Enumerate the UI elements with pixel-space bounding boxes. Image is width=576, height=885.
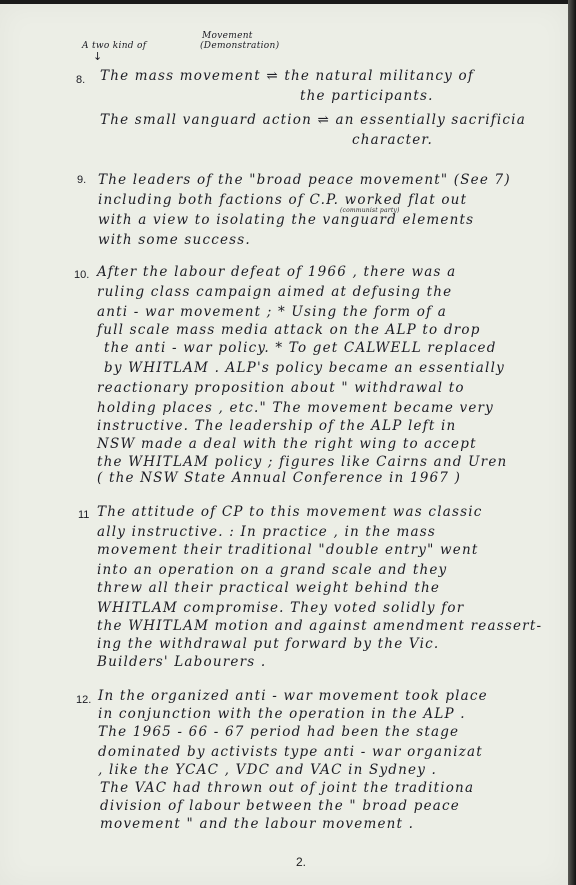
item-line: After the labour defeat of 1966 , there … bbox=[97, 266, 456, 280]
item-number: 9. bbox=[77, 174, 86, 186]
handwritten-page: Movement A two kind of (Demonstration) ↓… bbox=[0, 4, 568, 885]
item-line: the WHITLAM motion and against amendment… bbox=[97, 620, 542, 634]
scan-edge-shadow bbox=[568, 0, 576, 885]
item-line: full scale mass media attack on the ALP … bbox=[97, 324, 481, 338]
item-line: The mass movement ⇌ the natural militanc… bbox=[100, 70, 474, 84]
item-line: WHITLAM compromise. They voted solidly f… bbox=[97, 602, 464, 616]
item-line: The attitude of CP to this movement was … bbox=[97, 506, 483, 520]
item-line: ruling class campaign aimed at defusing … bbox=[97, 286, 452, 300]
item-line: reactionary proposition about " withdraw… bbox=[97, 382, 465, 396]
page-number: 2. bbox=[296, 855, 306, 869]
item-line: with a view to isolating the vanguard el… bbox=[98, 214, 474, 228]
item-line: NSW made a deal with the right wing to a… bbox=[97, 438, 477, 452]
item-line: , like the YCAC , VDC and VAC in Sydney … bbox=[98, 764, 437, 778]
item-line: division of labour between the " broad p… bbox=[100, 800, 460, 814]
item-line: character. bbox=[352, 134, 433, 148]
item-line: The small vanguard action ⇌ an essential… bbox=[100, 114, 526, 128]
item-line: in conjunction with the operation in the… bbox=[98, 708, 466, 722]
item-line: instructive. The leadership of the ALP l… bbox=[97, 420, 456, 434]
item-number: 12. bbox=[76, 694, 91, 706]
item-line: The leaders of the "broad peace movement… bbox=[98, 174, 511, 188]
item-line: Builders' Labourers . bbox=[97, 656, 266, 670]
item-line: threw all their practical weight behind … bbox=[97, 582, 440, 596]
item-line: into an operation on a grand scale and t… bbox=[97, 564, 447, 578]
item-number: 10. bbox=[74, 269, 89, 281]
item-number: 11 bbox=[78, 509, 89, 521]
item-line: ally instructive. : In practice , in the… bbox=[97, 526, 436, 540]
item-line: movement their traditional "double entry… bbox=[97, 544, 479, 558]
item-line: movement " and the labour movement . bbox=[100, 818, 414, 832]
item-line: including both factions of C.P. worked f… bbox=[98, 194, 467, 208]
item-line: the WHITLAM policy ; figures like Cairns… bbox=[97, 456, 507, 470]
item-number: 8. bbox=[76, 74, 85, 86]
annotation-movement: Movement bbox=[202, 32, 253, 41]
arrow-down-icon: ↓ bbox=[93, 50, 102, 63]
item-line: holding places , etc." The movement beca… bbox=[97, 402, 494, 416]
item-line: The 1965 - 66 - 67 period had been the s… bbox=[98, 726, 459, 740]
item-line: by WHITLAM . ALP's policy became an esse… bbox=[104, 362, 505, 376]
item-line: the participants. bbox=[300, 90, 434, 104]
item-line: anti - war movement ; * Using the form o… bbox=[97, 306, 447, 320]
item-line: The VAC had thrown out of joint the trad… bbox=[100, 782, 474, 796]
item-line: ( the NSW State Annual Conference in 196… bbox=[97, 472, 461, 486]
item-line: ing the withdrawal put forward by the Vi… bbox=[97, 638, 439, 652]
item-line: the anti - war policy. * To get CALWELL … bbox=[104, 342, 497, 356]
item-line: dominated by activists type anti - war o… bbox=[98, 746, 483, 760]
item-line: with some success. bbox=[98, 234, 251, 248]
item-line: In the organized anti - war movement too… bbox=[98, 690, 488, 704]
annotation-two-kind: A two kind of bbox=[82, 42, 146, 51]
annotation-demonstration: (Demonstration) bbox=[200, 42, 279, 51]
